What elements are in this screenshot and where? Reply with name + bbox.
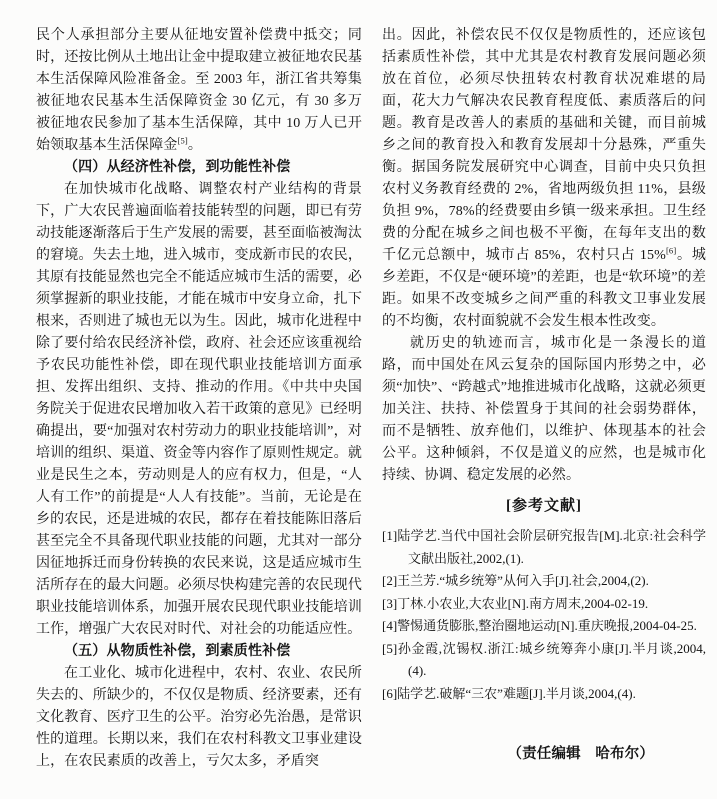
reference-item: [4]警惕通货膨胀,整治圈地运动[N].重庆晚报,2004-04-25. <box>382 615 706 638</box>
left-column: 民个人承担部分主要从征地安置补偿费中抵交；同时，还按比例从土地出让金中提取建立被… <box>36 25 362 773</box>
paragraph-quality-compensation: 在工业化、城市化进程中，农村、农业、农民所失去的、所缺少的，不仅仅是物质、经济要… <box>36 663 362 773</box>
reference-item: [6]陆学艺.破解“三农”难题[J].半月谈,2004,(4). <box>382 683 706 706</box>
reference-item: [3]丁林.小农业,大农业[N].南方周末,2004-02-19. <box>382 593 706 616</box>
paragraph-text: 民个人承担部分主要从征地安置补偿费中抵交；同时，还按比例从土地出让金中提取建立被… <box>36 28 362 153</box>
section-heading-five: （五）从物质性补偿，到素质性补偿 <box>36 641 362 663</box>
paragraph-pension-continuation: 民个人承担部分主要从征地安置补偿费中抵交；同时，还按比例从土地出让金中提取建立被… <box>36 25 362 157</box>
references-list: [1]陆学艺.当代中国社会阶层研究报告[M].北京:社会科学文献出版社,2002… <box>382 525 706 705</box>
paragraph-education-continuation: 出。因此，补偿农民不仅仅是物质性的，还应该包括素质性补偿，其中尤其是农村教育发展… <box>382 25 706 333</box>
citation-5-superscript: [5] <box>178 135 188 145</box>
paragraph-text: 出。因此，补偿农民不仅仅是物质性的，还应该包括素质性补偿，其中尤其是农村教育发展… <box>382 28 706 263</box>
section-heading-four: （四）从经济性补偿，到功能性补偿 <box>36 157 362 179</box>
paragraph-tail: 。 <box>188 138 202 153</box>
reference-item: [1]陆学艺.当代中国社会阶层研究报告[M].北京:社会科学文献出版社,2002… <box>382 525 706 570</box>
reference-item: [2]王兰芳.“城乡统筹”从何入手[J].社会,2004,(2). <box>382 570 706 593</box>
editor-note: （责任编辑 哈布尔） <box>382 743 706 765</box>
journal-paper-page: 民个人承担部分主要从征地安置补偿费中抵交；同时，还按比例从土地出让金中提取建立被… <box>0 0 717 799</box>
references-heading: [参考文献] <box>382 495 706 517</box>
reference-item: [5]孙金霞,沈锡权.浙江:城乡统筹奔小康[J].半月谈,2004,(4). <box>382 638 706 683</box>
paragraph-conclusion: 就历史的轨迹而言，城市化是一条漫长的道路，而中国处在风云复杂的国际国内形势之中，… <box>382 333 706 487</box>
right-column: 出。因此，补偿农民不仅仅是物质性的，还应该包括素质性补偿，其中尤其是农村教育发展… <box>382 25 706 765</box>
paragraph-functional-compensation: 在加快城市化战略、调整农村产业结构的背景下，广大农民普遍面临着技能转型的问题，即… <box>36 179 362 641</box>
citation-6-superscript: [6] <box>666 245 676 255</box>
